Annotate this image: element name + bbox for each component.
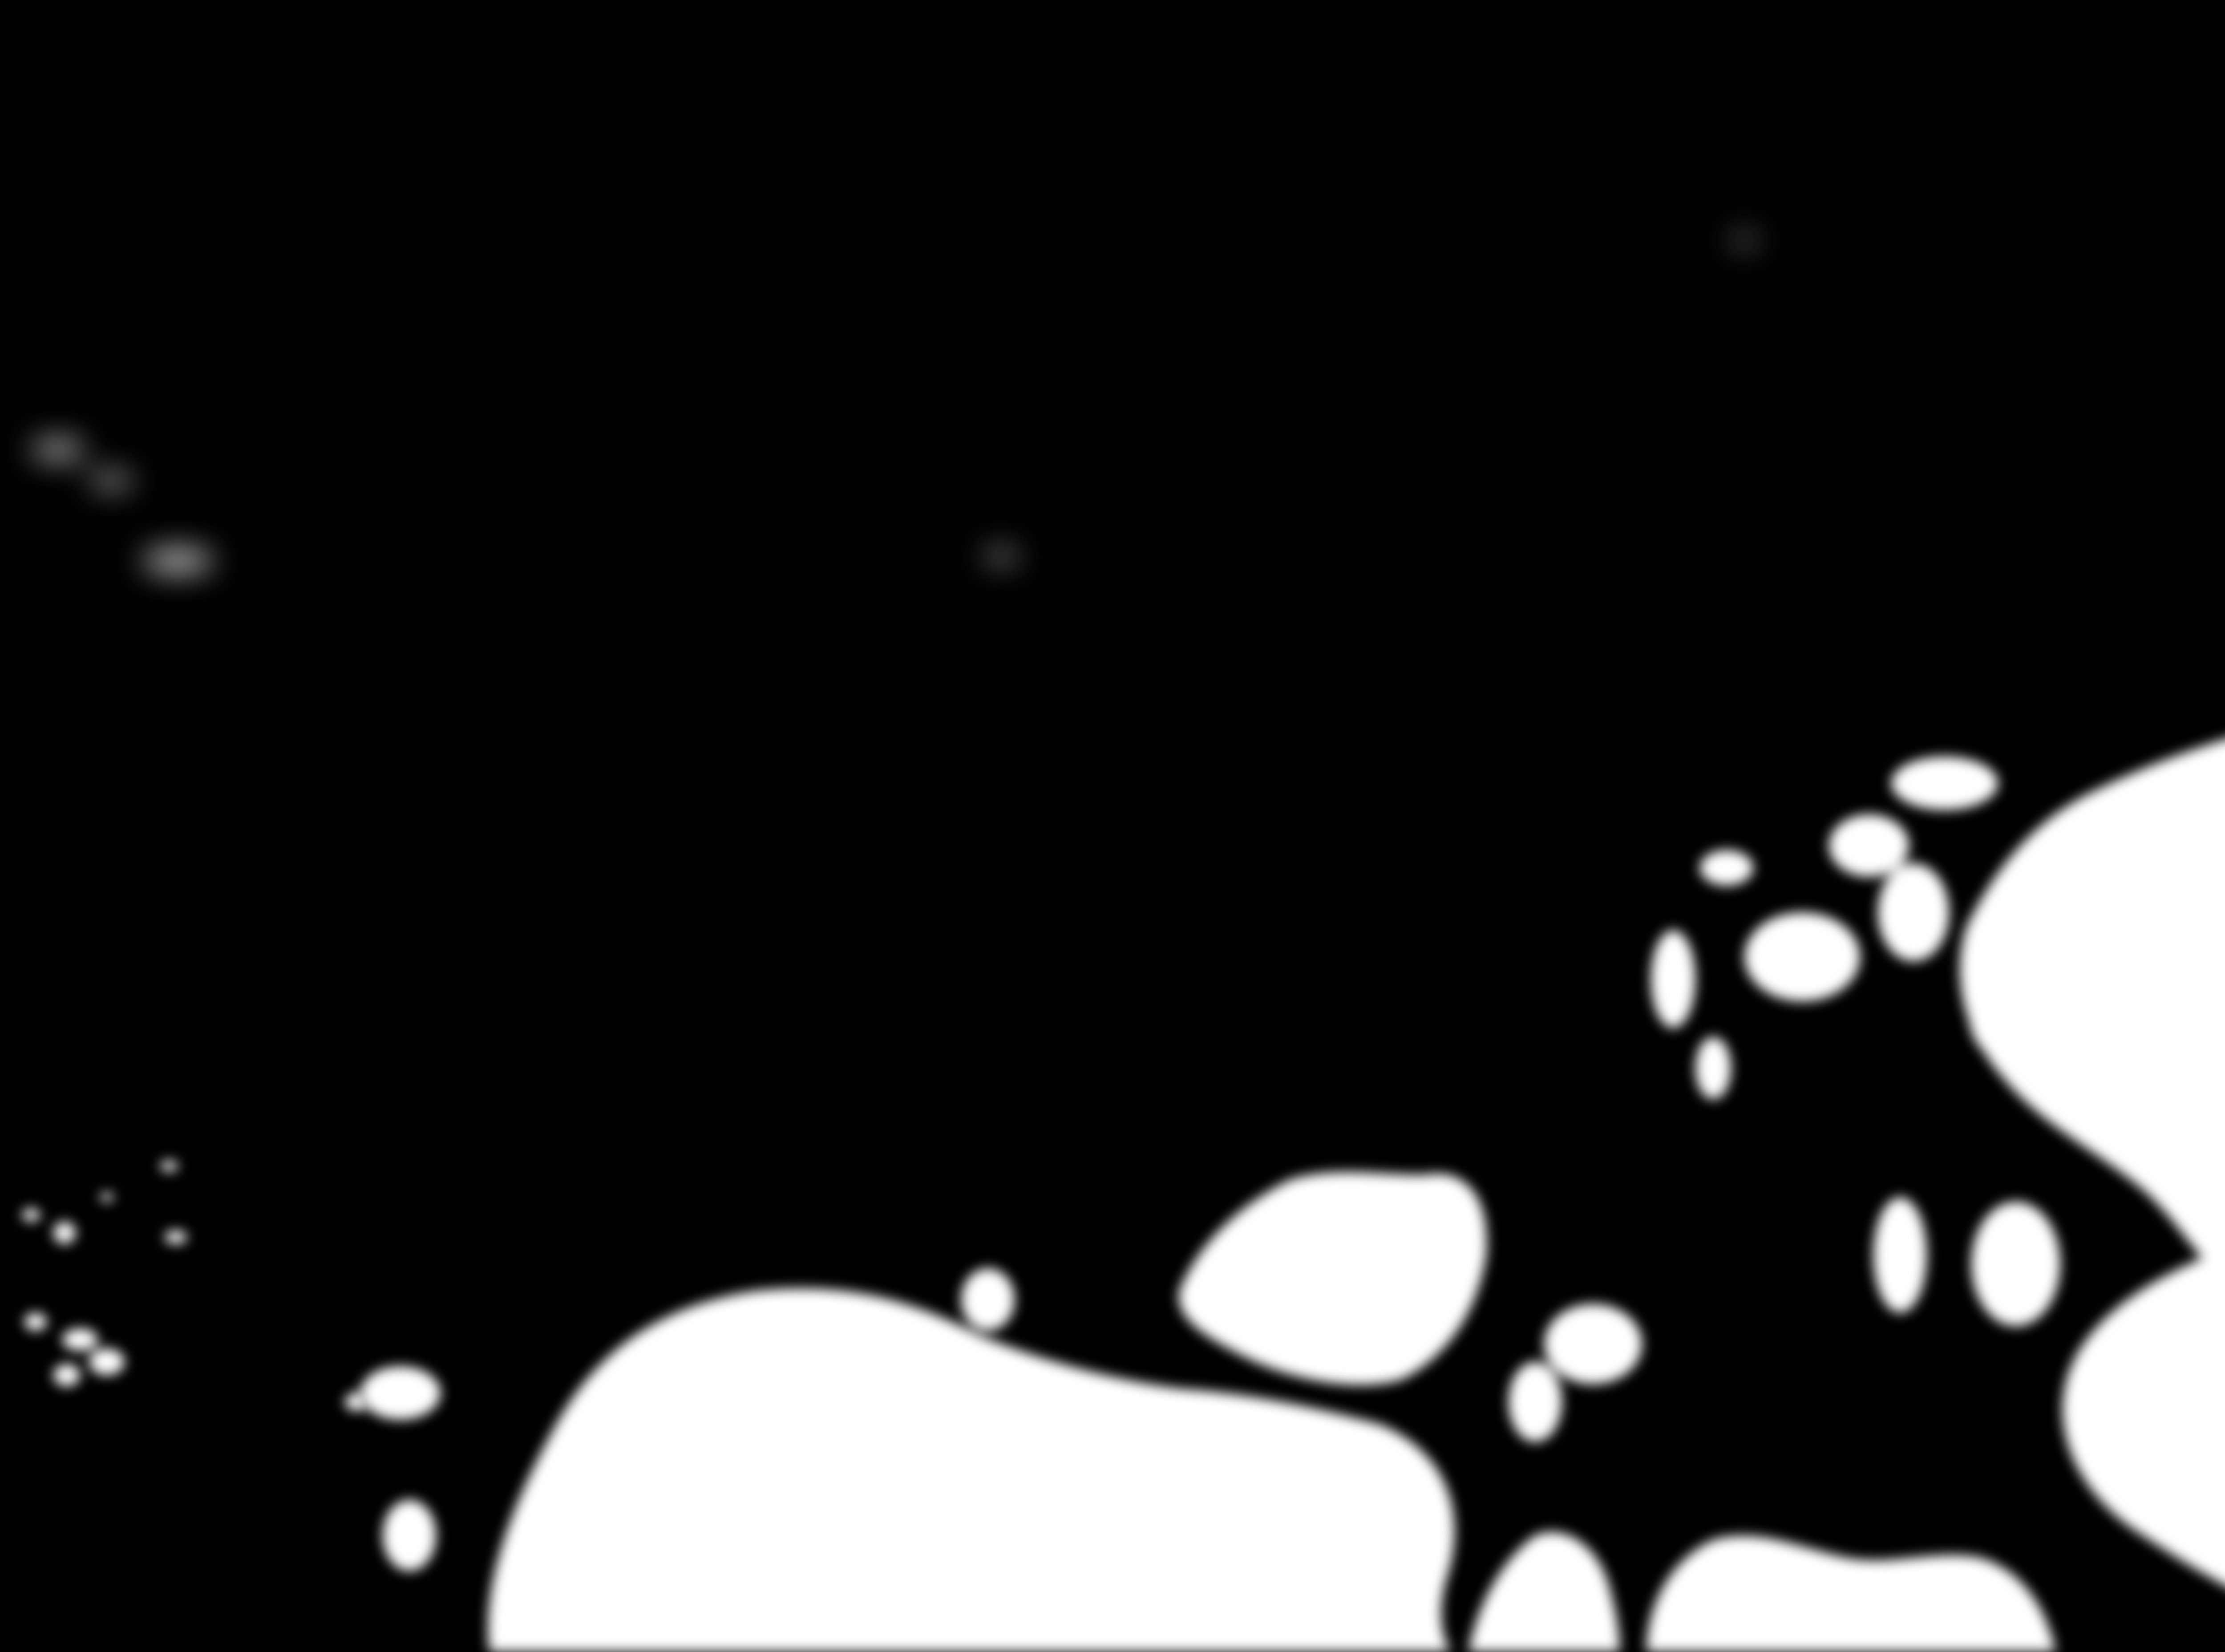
- satellite-cloud-image: [0, 0, 2225, 1652]
- cloud-layer: [0, 0, 2225, 1652]
